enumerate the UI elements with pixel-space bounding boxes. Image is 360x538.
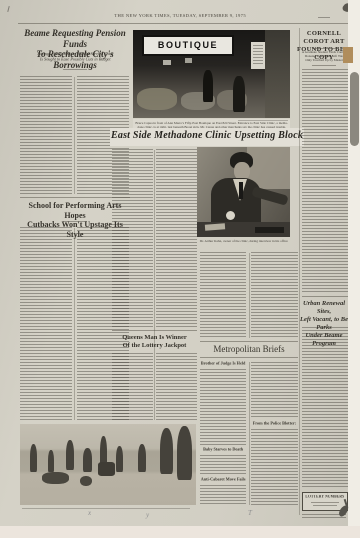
column-rule — [74, 228, 75, 420]
queens-body-col2 — [156, 353, 197, 421]
price-sign — [185, 58, 192, 63]
clothing-rack — [137, 88, 177, 110]
briefs-body — [251, 429, 298, 505]
deck-rule — [312, 48, 336, 49]
scan-artifact — [343, 47, 353, 63]
section-rule — [200, 341, 298, 342]
lottery-box-rule — [311, 502, 339, 503]
desk-cup — [226, 211, 235, 220]
masthead-rule — [18, 23, 348, 24]
briefs-body — [251, 362, 298, 418]
pedestrian-silhouette — [203, 70, 213, 102]
newspaper-page: THE NEW YORK TIMES, TUESDAY, SEPTEMBER 9… — [0, 0, 360, 538]
briefs-body — [200, 485, 246, 505]
price-sign — [163, 60, 171, 65]
school-byline — [63, 221, 87, 223]
masthead: THE NEW YORK TIMES, TUESDAY, SEPTEMBER 9… — [0, 13, 360, 18]
pedestrian-silhouette — [233, 76, 245, 112]
pencil-mark: y — [146, 511, 149, 519]
beach-photo-caption — [22, 508, 190, 511]
bather-silhouette — [160, 428, 173, 474]
corot-body — [302, 69, 348, 293]
folio-right — [318, 17, 330, 19]
briefs-body — [200, 455, 246, 475]
storefront-photo: BOUTIQUE — [133, 30, 290, 118]
beame-headline: Beame Requesting Pension Funds To Resche… — [20, 28, 130, 70]
urban-renewal-body — [302, 327, 348, 487]
column-rule — [154, 150, 155, 420]
beach-photo — [20, 424, 196, 505]
column-rule — [74, 77, 75, 194]
section-rule — [302, 296, 348, 297]
briefs-subhead: From the Police Blotter: — [251, 421, 298, 426]
bather-silhouette — [116, 446, 123, 472]
bather-silhouette — [138, 444, 146, 472]
deck-rule — [312, 65, 336, 66]
bather-silhouette — [48, 450, 54, 472]
photo-credit-bar — [255, 227, 284, 233]
queens-headline: Queens Man Is Winner Of the Lottery Jack… — [112, 334, 197, 350]
boutique-sign: BOUTIQUE — [142, 35, 234, 56]
section-rule — [200, 357, 298, 358]
beame-body-col1 — [20, 76, 72, 195]
lottery-box-title: LOTTERY NUMBERS — [303, 495, 347, 499]
bather-silhouette — [83, 448, 92, 472]
child-silhouette — [80, 476, 92, 486]
seated-group-silhouette — [42, 472, 69, 484]
methadone-body-col2 — [156, 149, 197, 329]
bather-silhouette — [30, 444, 37, 472]
folio-mark — [7, 6, 9, 12]
bather-silhouette — [66, 440, 74, 470]
clinic-office-photo — [197, 147, 290, 237]
storefront-shading — [265, 30, 290, 118]
briefs-subhead: Anti-Cabaret Move Fails — [200, 477, 246, 482]
man-tie — [239, 182, 243, 199]
shop-sign — [251, 42, 265, 69]
beame-byline — [63, 69, 87, 71]
pencil-mark: x — [88, 509, 91, 517]
office-photo-caption: Dr. Arthur Kahn, owner of the clinic, du… — [197, 240, 291, 243]
methadone-body-col3 — [200, 252, 246, 338]
briefs-title: Metropolitan Briefs — [200, 344, 298, 354]
column-rule — [299, 28, 300, 515]
shop-sign-text — [253, 45, 263, 65]
beame-subhead: Savings of $25 Million in Debt-Service C… — [20, 52, 131, 63]
school-body-col1 — [20, 227, 72, 421]
cart-silhouette — [98, 462, 115, 476]
scan-artifact — [350, 72, 359, 146]
section-rule — [112, 330, 197, 331]
column-rule — [249, 253, 250, 338]
scan-bottom-margin — [0, 526, 360, 538]
section-rule — [20, 197, 130, 198]
bather-silhouette — [177, 426, 192, 480]
pencil-mark: T — [248, 509, 252, 517]
briefs-subhead: Baby Starves to Death — [200, 447, 246, 452]
briefs-subhead: Brother of Judge Is Held — [200, 361, 246, 366]
queens-body-col1 — [112, 353, 153, 421]
column-rule — [249, 362, 250, 505]
briefs-body — [200, 369, 246, 445]
methadone-body-col4 — [251, 252, 298, 338]
methadone-headline: East Side Methadone Clinic Upsetting Blo… — [111, 130, 301, 141]
lottery-box-numbers — [313, 505, 337, 507]
